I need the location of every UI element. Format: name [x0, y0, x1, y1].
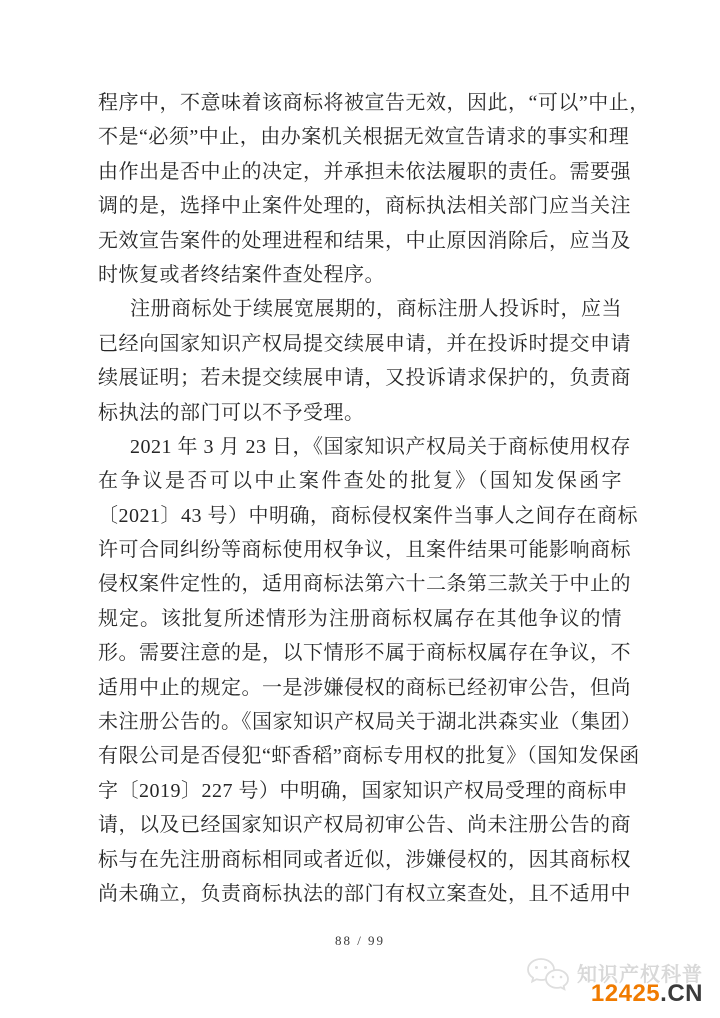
watermark-site-url: 12425.CN: [525, 982, 703, 1006]
text-line: 有限公司是否侵犯“虾香稻”商标专用权的批复》（国知发保函: [98, 739, 622, 773]
text-line: 适用中止的规定。一是涉嫌侵权的商标已经初审公告，但尚: [98, 671, 622, 705]
text-line: 无效宣告案件的处理进程和结果，中止原因消除后，应当及: [98, 224, 622, 258]
text-line: 字〔2019〕227 号）中明确，国家知识产权局受理的商标申: [98, 774, 622, 808]
text-line: 注册商标处于续展宽展期的，商标注册人投诉时，应当: [98, 292, 622, 326]
text-line: 尚未确立，负责商标执法的部门有权立案查处，且不适用中: [98, 877, 622, 911]
text-line: 2021 年 3 月 23 日，《国家知识产权局关于商标使用权存: [98, 430, 622, 464]
text-line: 未注册公告的。《国家知识产权局关于湖北洪森实业（集团）: [98, 705, 622, 739]
page-body-text: 程序中，不意味着该商标将被宣告无效，因此，“可以”中止， 不是“必须”中止，由办…: [98, 86, 622, 911]
text-line: 已经向国家知识产权局提交续展申请，并在投诉时提交申请: [98, 327, 622, 361]
text-line: 请，以及已经国家知识产权局初审公告、尚未注册公告的商: [98, 808, 622, 842]
watermark-site-tld: .CN: [660, 980, 703, 1007]
watermark: 知识产权科普 12425.CN: [525, 956, 703, 1006]
text-line: 不是“必须”中止，由办案机关根据无效宣告请求的事实和理: [98, 120, 622, 154]
text-line: 调的是，选择中止案件处理的，商标执法相关部门应当关注: [98, 189, 622, 223]
text-line: 形。需要注意的是，以下情形不属于商标权属存在争议，不: [98, 636, 622, 670]
document-page: 程序中，不意味着该商标将被宣告无效，因此，“可以”中止， 不是“必须”中止，由办…: [0, 0, 720, 1018]
text-line: 许可合同纠纷等商标使用权争议，且案件结果可能影响商标: [98, 533, 622, 567]
text-line: 标与在先注册商标相同或者近似，涉嫌侵权的，因其商标权: [98, 843, 622, 877]
watermark-site-number: 12425: [591, 980, 660, 1007]
text-line: 在争议是否可以中止案件查处的批复》（国知发保函字: [98, 464, 622, 498]
text-line: 程序中，不意味着该商标将被宣告无效，因此，“可以”中止，: [98, 86, 622, 120]
text-line: 标执法的部门可以不予受理。: [98, 396, 622, 430]
text-line: 规定。该批复所述情形为注册商标权属存在其他争议的情: [98, 602, 622, 636]
page-number: 88 / 99: [0, 933, 720, 949]
text-line: 由作出是否中止的决定，并承担未依法履职的责任。需要强: [98, 155, 622, 189]
text-line: 时恢复或者终结案件查处程序。: [98, 258, 622, 292]
text-line: 续展证明；若未提交续展申请，又投诉请求保护的，负责商: [98, 361, 622, 395]
text-line: 侵权案件定性的，适用商标法第六十二条第三款关于中止的: [98, 567, 622, 601]
text-line: 〔2021〕43 号）中明确，商标侵权案件当事人之间存在商标: [98, 499, 622, 533]
